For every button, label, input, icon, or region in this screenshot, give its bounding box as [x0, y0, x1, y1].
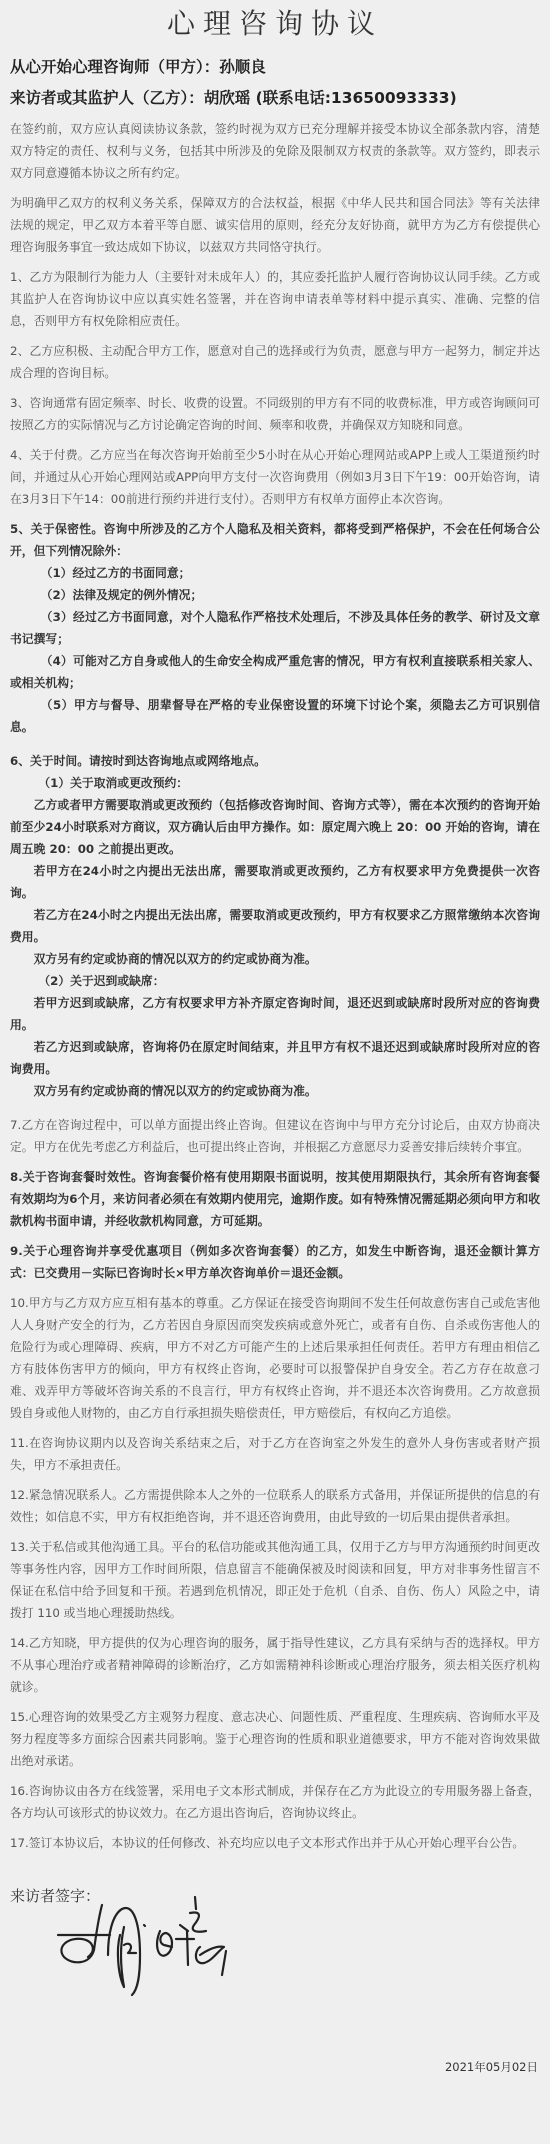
clause-9: 9.关于心理咨询并享受优惠项目（例如多次咨询套餐）的乙方，如发生中断咨询，退还金…: [10, 1240, 540, 1284]
clause-6-sub1-title: （1）关于取消或更改预约：: [10, 772, 540, 794]
clause-6-sub1-line: 若甲方在24小时之内提出无法出席，需要取消或更改预约，乙方有权要求甲方免费提供一…: [10, 860, 540, 904]
clause-6-sub2-title: （2）关于迟到或缺席：: [10, 970, 540, 992]
clause-5-item: （1）经过乙方的书面同意；: [10, 562, 540, 584]
clause-15: 15.心理咨询的效果受乙方主观努力程度、意志决心、问题性质、严重程度、生理疾病、…: [10, 1706, 540, 1772]
intro-paragraph: 为明确甲乙双方的权利义务关系，保障双方的合法权益，根据《中华人民共和国合同法》等…: [10, 192, 540, 258]
clause-5-item: （5）甲方与督导、朋辈督导在严格的专业保密设置的环境下讨论个案，须隐去乙方可识别…: [10, 694, 540, 738]
clause-10: 10.甲方与乙方双方应互相有基本的尊重。乙方保证在接受咨询期间不发生任何故意伤害…: [10, 1292, 540, 1424]
clause-6-sub2-line: 双方另有约定或协商的情况以双方的约定或协商为准。: [10, 1080, 540, 1102]
clause-6-sub2-line: 若甲方迟到或缺席，乙方有权要求甲方补齐原定咨询时间，退还迟到或缺席时段所对应的咨…: [10, 992, 540, 1036]
clause-7: 7.乙方在咨询过程中，可以单方面提出终止咨询。但建议在咨询中与甲方充分讨论后，由…: [10, 1114, 540, 1158]
clause-14: 14.乙方知晓，甲方提供的仅为心理咨询的服务，属于指导性建议，乙方具有采纳与否的…: [10, 1632, 540, 1698]
clause-5-head: 5、关于保密性。咨询中所涉及的乙方个人隐私及相关资料，都将受到严格保护，不会在任…: [10, 518, 540, 562]
clause-12: 12.紧急情况联系人。乙方需提供除本人之外的一位联系人的联系方式备用，并保证所提…: [10, 1484, 540, 1528]
clause-5-item: （3）经过乙方书面同意，对个人隐私作严格技术处理后，不涉及具体任务的教学、研讨及…: [10, 606, 540, 650]
clause-6-sub1-line: 双方另有约定或协商的情况以双方的约定或协商为准。: [10, 948, 540, 970]
page-title: 心理咨询协议: [10, 0, 540, 52]
clause-8: 8.关于咨询套餐时效性。咨询套餐价格有使用期限书面说明，按其使用期限执行，其余所…: [10, 1166, 540, 1232]
counselor-party: 从心开始心理咨询师（甲方）：孙顺良: [10, 56, 540, 78]
clause-16: 16.咨询协议由各方在线签署，采用电子文本形式制成，并保存在乙方为此设立的专用服…: [10, 1780, 540, 1824]
clause-2: 2、乙方应积极、主动配合甲方工作，愿意对自己的选择或行为负责，愿意与甲方一起努力…: [10, 340, 540, 384]
clause-6-sub2-line: 若乙方迟到或缺席，咨询将仍在原定时间结束，并且甲方有权不退还迟到或缺席时段所对应…: [10, 1036, 540, 1080]
intro-paragraph: 在签约前，双方应认真阅读协议条款，签约时视为双方已充分理解并接受本协议全部条款内…: [10, 118, 540, 184]
clause-1: 1、乙方为限制行为能力人（主要针对未成年人）的，其应委托监护人履行咨询协议认同手…: [10, 266, 540, 332]
clause-5: 5、关于保密性。咨询中所涉及的乙方个人隐私及相关资料，都将受到严格保护，不会在任…: [10, 518, 540, 738]
clause-13: 13.关于私信或其他沟通工具。平台的私信功能或其他沟通工具，仅用于乙方与甲方沟通…: [10, 1536, 540, 1624]
signature-date: 2021年05月02日: [445, 2059, 538, 2075]
clause-17: 17.签订本协议后，本协议的任何修改、补充均应以电子文本形式作出并于从心开始心理…: [10, 1832, 540, 1854]
clause-11: 11.在咨询协议期内以及咨询关系结束之后，对于乙方在咨询室之外发生的意外人身伤害…: [10, 1432, 540, 1476]
clause-6-head: 6、关于时间。请按时到达咨询地点或网络地点。: [10, 750, 540, 772]
handwritten-signature: [50, 1895, 310, 2025]
clause-6-sub1-line: 若乙方在24小时之内提出无法出席，需要取消或更改预约，甲方有权要求乙方照常缴纳本…: [10, 904, 540, 948]
agreement-document: 心理咨询协议 从心开始心理咨询师（甲方）：孙顺良 来访者或其监护人（乙方）：胡欣…: [0, 0, 550, 1906]
client-party: 来访者或其监护人（乙方）：胡欣瑶 (联系电话:13650093333): [10, 87, 540, 109]
clause-5-item: （2）法律及规定的例外情况；: [10, 584, 540, 606]
clause-3: 3、咨询通常有固定频率、时长、收费的设置。不同级别的甲方有不同的收费标准，甲方或…: [10, 392, 540, 436]
clause-4: 4、关于付费。乙方应当在每次咨询开始前至少5小时在从心开始心理网站或APP上或人…: [10, 444, 540, 510]
clause-5-item: （4）可能对乙方自身或他人的生命安全构成严重危害的情况，甲方有权利直接联系相关家…: [10, 650, 540, 694]
clause-6: 6、关于时间。请按时到达咨询地点或网络地点。 （1）关于取消或更改预约： 乙方或…: [10, 750, 540, 1102]
clause-6-sub1-line: 乙方或者甲方需要取消或更改预约（包括修改咨询时间、咨询方式等），需在本次预约的咨…: [10, 794, 540, 860]
